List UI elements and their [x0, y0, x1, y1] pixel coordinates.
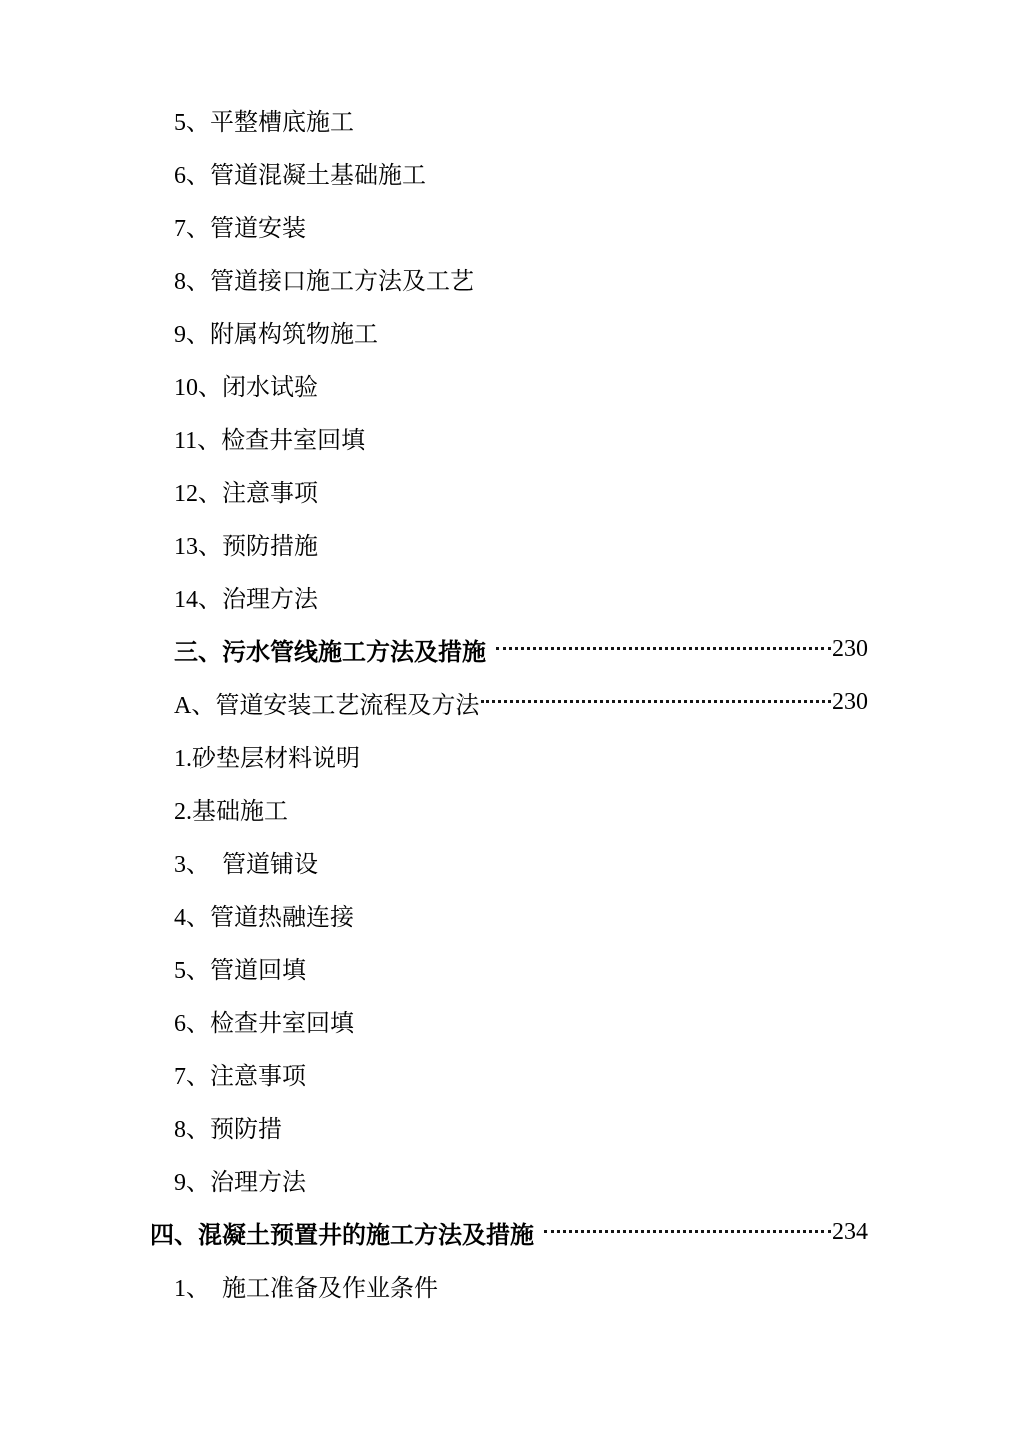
toc-section-heading: 三、污水管线施工方法及措施 230	[174, 623, 868, 676]
toc-entry-text: A、管道安装工艺流程及方法	[174, 685, 479, 720]
toc-entry-text: 9、附属构筑物施工	[174, 314, 378, 349]
toc-entry-text: 8、预防措	[174, 1109, 282, 1144]
toc-entry: 5、管道回填	[174, 941, 868, 994]
toc-entry: 8、管道接口施工方法及工艺	[174, 252, 868, 305]
toc-entry: 13、预防措施	[174, 517, 868, 570]
toc-entry: 14、治理方法	[174, 570, 868, 623]
toc-entry-text: 14、治理方法	[174, 579, 318, 614]
toc-page-number: 234	[832, 1219, 868, 1246]
toc-entry: A、管道安装工艺流程及方法 230	[174, 676, 868, 729]
toc-entry: 6、检查井室回填	[174, 994, 868, 1047]
toc-entry: 2.基础施工	[174, 782, 868, 835]
toc-entry-text: 9、治理方法	[174, 1162, 306, 1197]
toc-entry-text: 三、污水管线施工方法及措施	[174, 632, 486, 667]
toc-entry: 9、附属构筑物施工	[174, 305, 868, 358]
toc-entry: 7、管道安装	[174, 199, 868, 252]
toc-entry: 1.砂垫层材料说明	[174, 729, 868, 782]
toc-entry-text: 8、管道接口施工方法及工艺	[174, 261, 474, 296]
toc-entry-text: 7、管道安装	[174, 208, 306, 243]
toc-entry-text: 3、 管道铺设	[174, 844, 318, 879]
toc-entry: 1、 施工准备及作业条件	[174, 1259, 868, 1312]
toc-entry: 11、检查井室回填	[174, 411, 868, 464]
toc-entry-text: 11、检查井室回填	[174, 420, 365, 455]
toc-entry-text: 6、检查井室回填	[174, 1003, 354, 1038]
toc-entry: 8、预防措	[174, 1100, 868, 1153]
toc-entry-text: 7、注意事项	[174, 1056, 306, 1091]
toc-entry-text: 6、管道混凝土基础施工	[174, 155, 426, 190]
toc-section-heading: 四、混凝土预置井的施工方法及措施 234	[150, 1206, 868, 1259]
toc-entry: 5、平整槽底施工	[174, 93, 868, 146]
dotted-leader	[544, 1230, 831, 1233]
toc-entry: 12、注意事项	[174, 464, 868, 517]
document-page: 5、平整槽底施工 6、管道混凝土基础施工 7、管道安装 8、管道接口施工方法及工…	[0, 0, 1012, 1431]
toc-entry: 4、管道热融连接	[174, 888, 868, 941]
toc-entry-text: 10、闭水试验	[174, 367, 318, 402]
toc-entry-text: 4、管道热融连接	[174, 897, 354, 932]
toc-entry-text: 四、混凝土预置井的施工方法及措施	[150, 1215, 534, 1250]
toc-entry: 3、 管道铺设	[174, 835, 868, 888]
toc-entry-text: 1.砂垫层材料说明	[174, 738, 360, 773]
toc-entry: 9、治理方法	[174, 1153, 868, 1206]
toc-entry-text: 1、 施工准备及作业条件	[174, 1268, 438, 1303]
dotted-leader	[481, 700, 831, 703]
toc-page-number: 230	[832, 636, 868, 663]
dotted-leader	[496, 647, 831, 650]
toc-entry-text: 5、管道回填	[174, 950, 306, 985]
toc-entry-text: 13、预防措施	[174, 526, 318, 561]
toc-entry-text: 5、平整槽底施工	[174, 102, 354, 137]
toc-entry: 10、闭水试验	[174, 358, 868, 411]
toc-entry: 6、管道混凝土基础施工	[174, 146, 868, 199]
toc-page-number: 230	[832, 689, 868, 716]
toc-entry-text: 12、注意事项	[174, 473, 318, 508]
toc-entry: 7、注意事项	[174, 1047, 868, 1100]
toc-entry-text: 2.基础施工	[174, 791, 288, 826]
